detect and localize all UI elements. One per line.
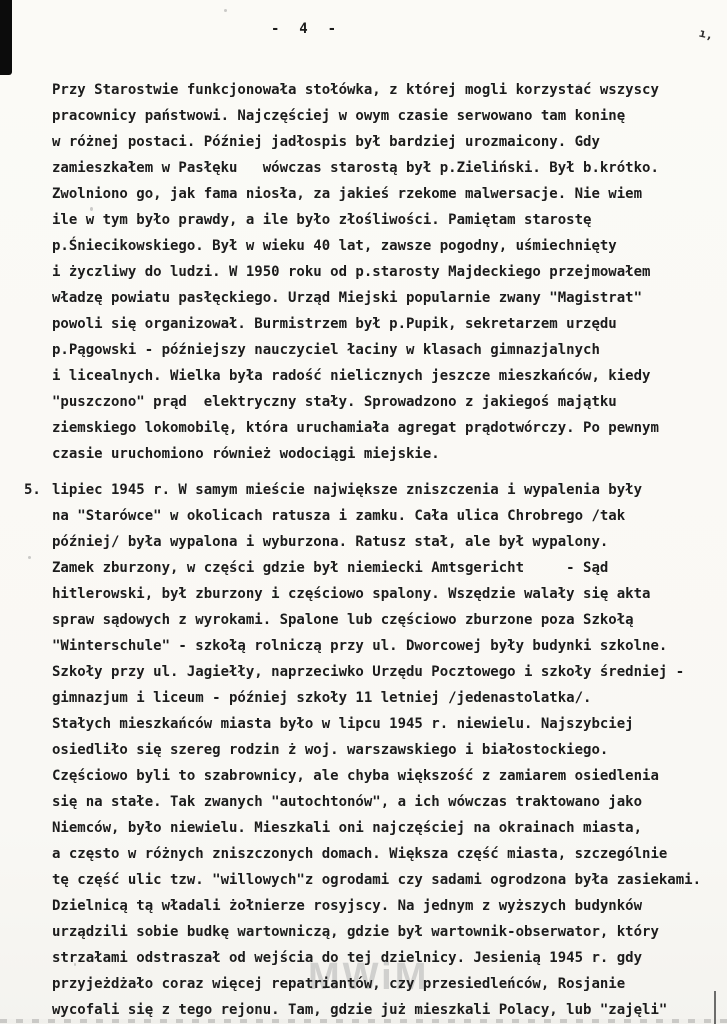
text-line: Stałych mieszkańców miasta było w lipcu …	[52, 711, 701, 737]
text-line: hitlerowski, był zburzony i częściowo sp…	[52, 581, 701, 607]
text-line: ile w tym było prawdy, a ile było złośli…	[52, 207, 659, 233]
text-line: Niemców, było niewielu. Mieszkali oni na…	[52, 815, 701, 841]
paragraph-lipiec-1945: lipiec 1945 r. W samym mieście największ…	[52, 477, 701, 1023]
text-line: Przy Starostwie funkcjonowała stołówka, …	[52, 77, 659, 103]
text-line: czasie uruchomiono również wodociągi mie…	[52, 441, 659, 467]
text-line: i licealnych. Wielka była radość nielicz…	[52, 363, 659, 389]
scan-edge-artifact-bottom	[0, 1019, 727, 1023]
text-line: na "Starówce" w okolicach ratusza i zamk…	[52, 503, 701, 529]
text-line: "puszczono" prąd elektryczny stały. Spro…	[52, 389, 659, 415]
paragraph-5-marker: 5.	[24, 477, 41, 503]
scan-edge-artifact-left	[0, 0, 12, 75]
text-line: urządzili sobie budkę wartowniczą, gdzie…	[52, 919, 701, 945]
text-line: powoli się organizował. Burmistrzem był …	[52, 311, 659, 337]
text-line: tę część ulic tzw. "willowych"z ogrodami…	[52, 867, 701, 893]
text-line: ziemskiego lokomobilę, która uruchamiała…	[52, 415, 659, 441]
scan-noise-dot	[28, 556, 31, 559]
text-line: Szkoły przy ul. Jagiełły, naprzeciwko Ur…	[52, 659, 701, 685]
page-number: - 4 -	[271, 18, 337, 40]
text-line: władzę powiatu pasłęckiego. Urząd Miejsk…	[52, 285, 659, 311]
text-line: Dzielnicą tą władali żołnierze rosyjscy.…	[52, 893, 701, 919]
paragraph-stolowka: Przy Starostwie funkcjonowała stołówka, …	[52, 77, 659, 467]
scanned-document-page: - 4 - ı, MWiM Przy Starostwie funkcjonow…	[0, 0, 727, 1024]
text-line: Zwolniono go, jak fama niosła, za jakieś…	[52, 181, 659, 207]
text-line: "Winterschule" - szkołą rolniczą przy ul…	[52, 633, 701, 659]
text-line: Częściowo byli to szabrownicy, ale chyba…	[52, 763, 701, 789]
text-line: gimnazjum i liceum - później szkoły 11 l…	[52, 685, 701, 711]
text-line: strzałami odstraszał od wejścia do tej d…	[52, 945, 701, 971]
scan-noise-dot	[224, 9, 227, 12]
text-line: p.Pągowski - późniejszy nauczyciel łacin…	[52, 337, 659, 363]
text-line: a często w różnych zniszczonych domach. …	[52, 841, 701, 867]
text-line: lipiec 1945 r. W samym mieście największ…	[52, 477, 701, 503]
text-line: p.Śniecikowskiego. Był w wieku 40 lat, z…	[52, 233, 659, 259]
text-line: osiedliło się szereg rodzin ż woj. warsz…	[52, 737, 701, 763]
text-line: w różnej postaci. Później jadłospis był …	[52, 129, 659, 155]
text-line: później/ była wypalona i wyburzona. Ratu…	[52, 529, 701, 555]
text-line: Zamek zburzony, w części gdzie był niemi…	[52, 555, 701, 581]
text-line: przyjeżdżało coraz więcej repatriantów, …	[52, 971, 701, 997]
text-line: się na stałe. Tak zwanych "autochtonów",…	[52, 789, 701, 815]
text-line: spraw sądowych z wyrokami. Spalone lub c…	[52, 607, 701, 633]
text-line: i życzliwy do ludzi. W 1950 roku od p.st…	[52, 259, 659, 285]
corner-pen-mark: ı,	[698, 26, 715, 43]
text-line: pracownicy państwowi. Najczęściej w owym…	[52, 103, 659, 129]
text-line: zamieszkałem w Pasłęku wówczas starostą …	[52, 155, 659, 181]
